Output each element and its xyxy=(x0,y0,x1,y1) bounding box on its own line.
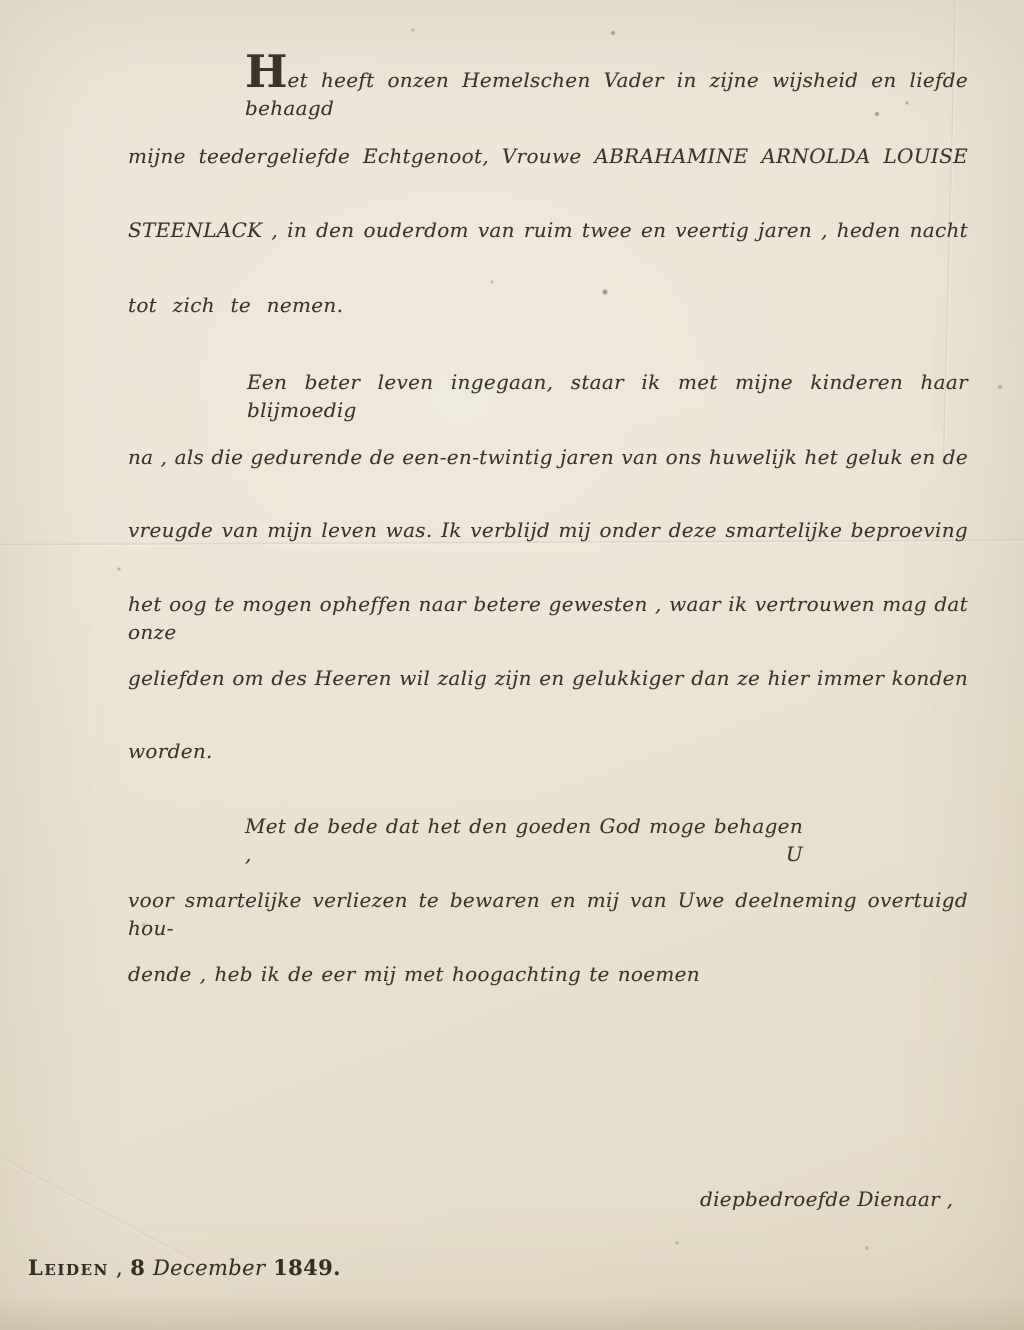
letter-line-1-text: et heeft onzen Hemelschen Vader in zijne… xyxy=(245,68,968,120)
letter-dateline: Leiden , 8 December 1849. xyxy=(28,1255,341,1280)
letter-line-6: na , als die gedurende de een-en-twintig… xyxy=(128,443,968,471)
letter-line-13: dende , heb ik de eer mij met hoogachtin… xyxy=(128,960,700,988)
letter-line-2: mijne teedergeliefde Echtgenoot, Vrouwe … xyxy=(128,142,968,170)
dateline-year: 1849. xyxy=(265,1255,340,1280)
letter-line-4: tot zich te nemen. xyxy=(128,291,343,319)
paper-specks xyxy=(0,0,2,2)
dateline-month: December xyxy=(153,1256,265,1280)
letter-line-7: vreugde van mijn leven was. Ik verblijd … xyxy=(128,516,968,544)
dateline-day: 8 xyxy=(130,1255,153,1280)
letter-line-12: voor smartelijke verliezen te bewaren en… xyxy=(128,886,968,942)
letter-paper: Het heeft onzen Hemelschen Vader in zijn… xyxy=(0,0,1024,1330)
dateline-separator: , xyxy=(109,1256,130,1280)
letter-closing: diepbedroefde Dienaar , xyxy=(700,1187,953,1211)
paper-bottom-shadow xyxy=(0,1296,1024,1330)
dateline-place: Leiden xyxy=(28,1255,109,1280)
letter-line-11: Met de bede dat het den goeden God moge … xyxy=(245,812,803,868)
letter-line-9: geliefden om des Heeren wil zalig zijn e… xyxy=(128,664,968,692)
letter-line-5: Een beter leven ingegaan, staar ik met m… xyxy=(247,368,968,424)
letter-line-1: Het heeft onzen Hemelschen Vader in zijn… xyxy=(245,66,968,122)
drop-cap-initial: H xyxy=(245,45,288,98)
letter-line-8: het oog te mogen opheffen naar betere ge… xyxy=(128,590,968,646)
letter-line-3: STEENLACK , in den ouderdom van ruim twe… xyxy=(128,216,968,244)
letter-line-10: worden. xyxy=(128,737,213,765)
